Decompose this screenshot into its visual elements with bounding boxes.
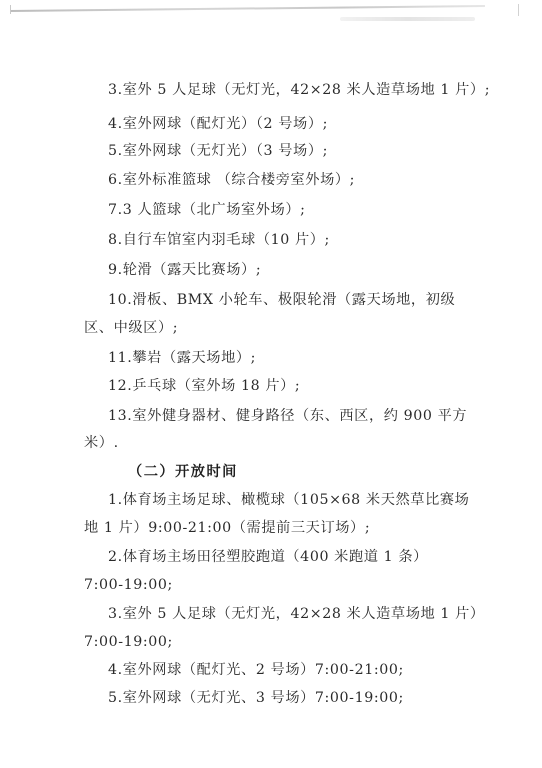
facility-item-10-cont: 区、中级区）; xyxy=(84,318,178,338)
scan-edge-artifact-left xyxy=(10,5,11,14)
hours-item-1: 1.体育场主场足球、橄榄球（105×68 米天然草比赛场 xyxy=(108,490,469,510)
hours-item-2-cont: 7:00-19:00; xyxy=(84,575,173,595)
facility-item-7: 7.3 人篮球（北广场室外场）; xyxy=(108,200,306,220)
faint-header-text xyxy=(340,17,475,21)
facility-item-9: 9.轮滑（露天比赛场）; xyxy=(108,260,261,280)
hours-item-1-cont: 地 1 片）9:00-21:00（需提前三天订场）; xyxy=(84,518,370,538)
scan-edge-artifact-right xyxy=(518,4,519,16)
facility-item-5: 5.室外网球（无灯光）（3 号场）; xyxy=(108,141,328,161)
hours-item-3-cont: 7:00-19:00; xyxy=(84,632,173,652)
scan-edge-artifact xyxy=(10,5,485,12)
hours-item-3: 3.室外 5 人足球（无灯光，42×28 米人造草场地 1 片） xyxy=(108,604,485,624)
facility-item-11: 11.攀岩（露天场地）; xyxy=(108,348,256,368)
facility-item-4: 4.室外网球（配灯光）（2 号场）; xyxy=(108,114,328,134)
facility-item-3: 3.室外 5 人足球（无灯光，42×28 米人造草场地 1 片）; xyxy=(108,80,490,100)
facility-item-12: 12.乒乓球（室外场 18 片）; xyxy=(108,376,300,396)
facility-item-13: 13.室外健身器材、健身路径（东、西区，约 900 平方 xyxy=(108,406,467,426)
facility-item-6: 6.室外标准篮球 （综合楼旁室外场）; xyxy=(108,170,355,190)
hours-item-2: 2.体育场主场田径塑胶跑道（400 米跑道 1 条） xyxy=(108,547,428,567)
section-heading-opening-hours: （二）开放时间 xyxy=(128,462,238,482)
hours-item-5: 5.室外网球（无灯光、3 号场）7:00-19:00; xyxy=(108,688,404,708)
hours-item-4: 4.室外网球（配灯光、2 号场）7:00-21:00; xyxy=(108,660,404,680)
facility-item-8: 8.自行车馆室内羽毛球（10 片）; xyxy=(108,230,330,250)
facility-item-10: 10.滑板、BMX 小轮车、极限轮滑（露天场地，初级 xyxy=(108,290,455,310)
facility-item-13-cont: 米）. xyxy=(84,433,119,453)
